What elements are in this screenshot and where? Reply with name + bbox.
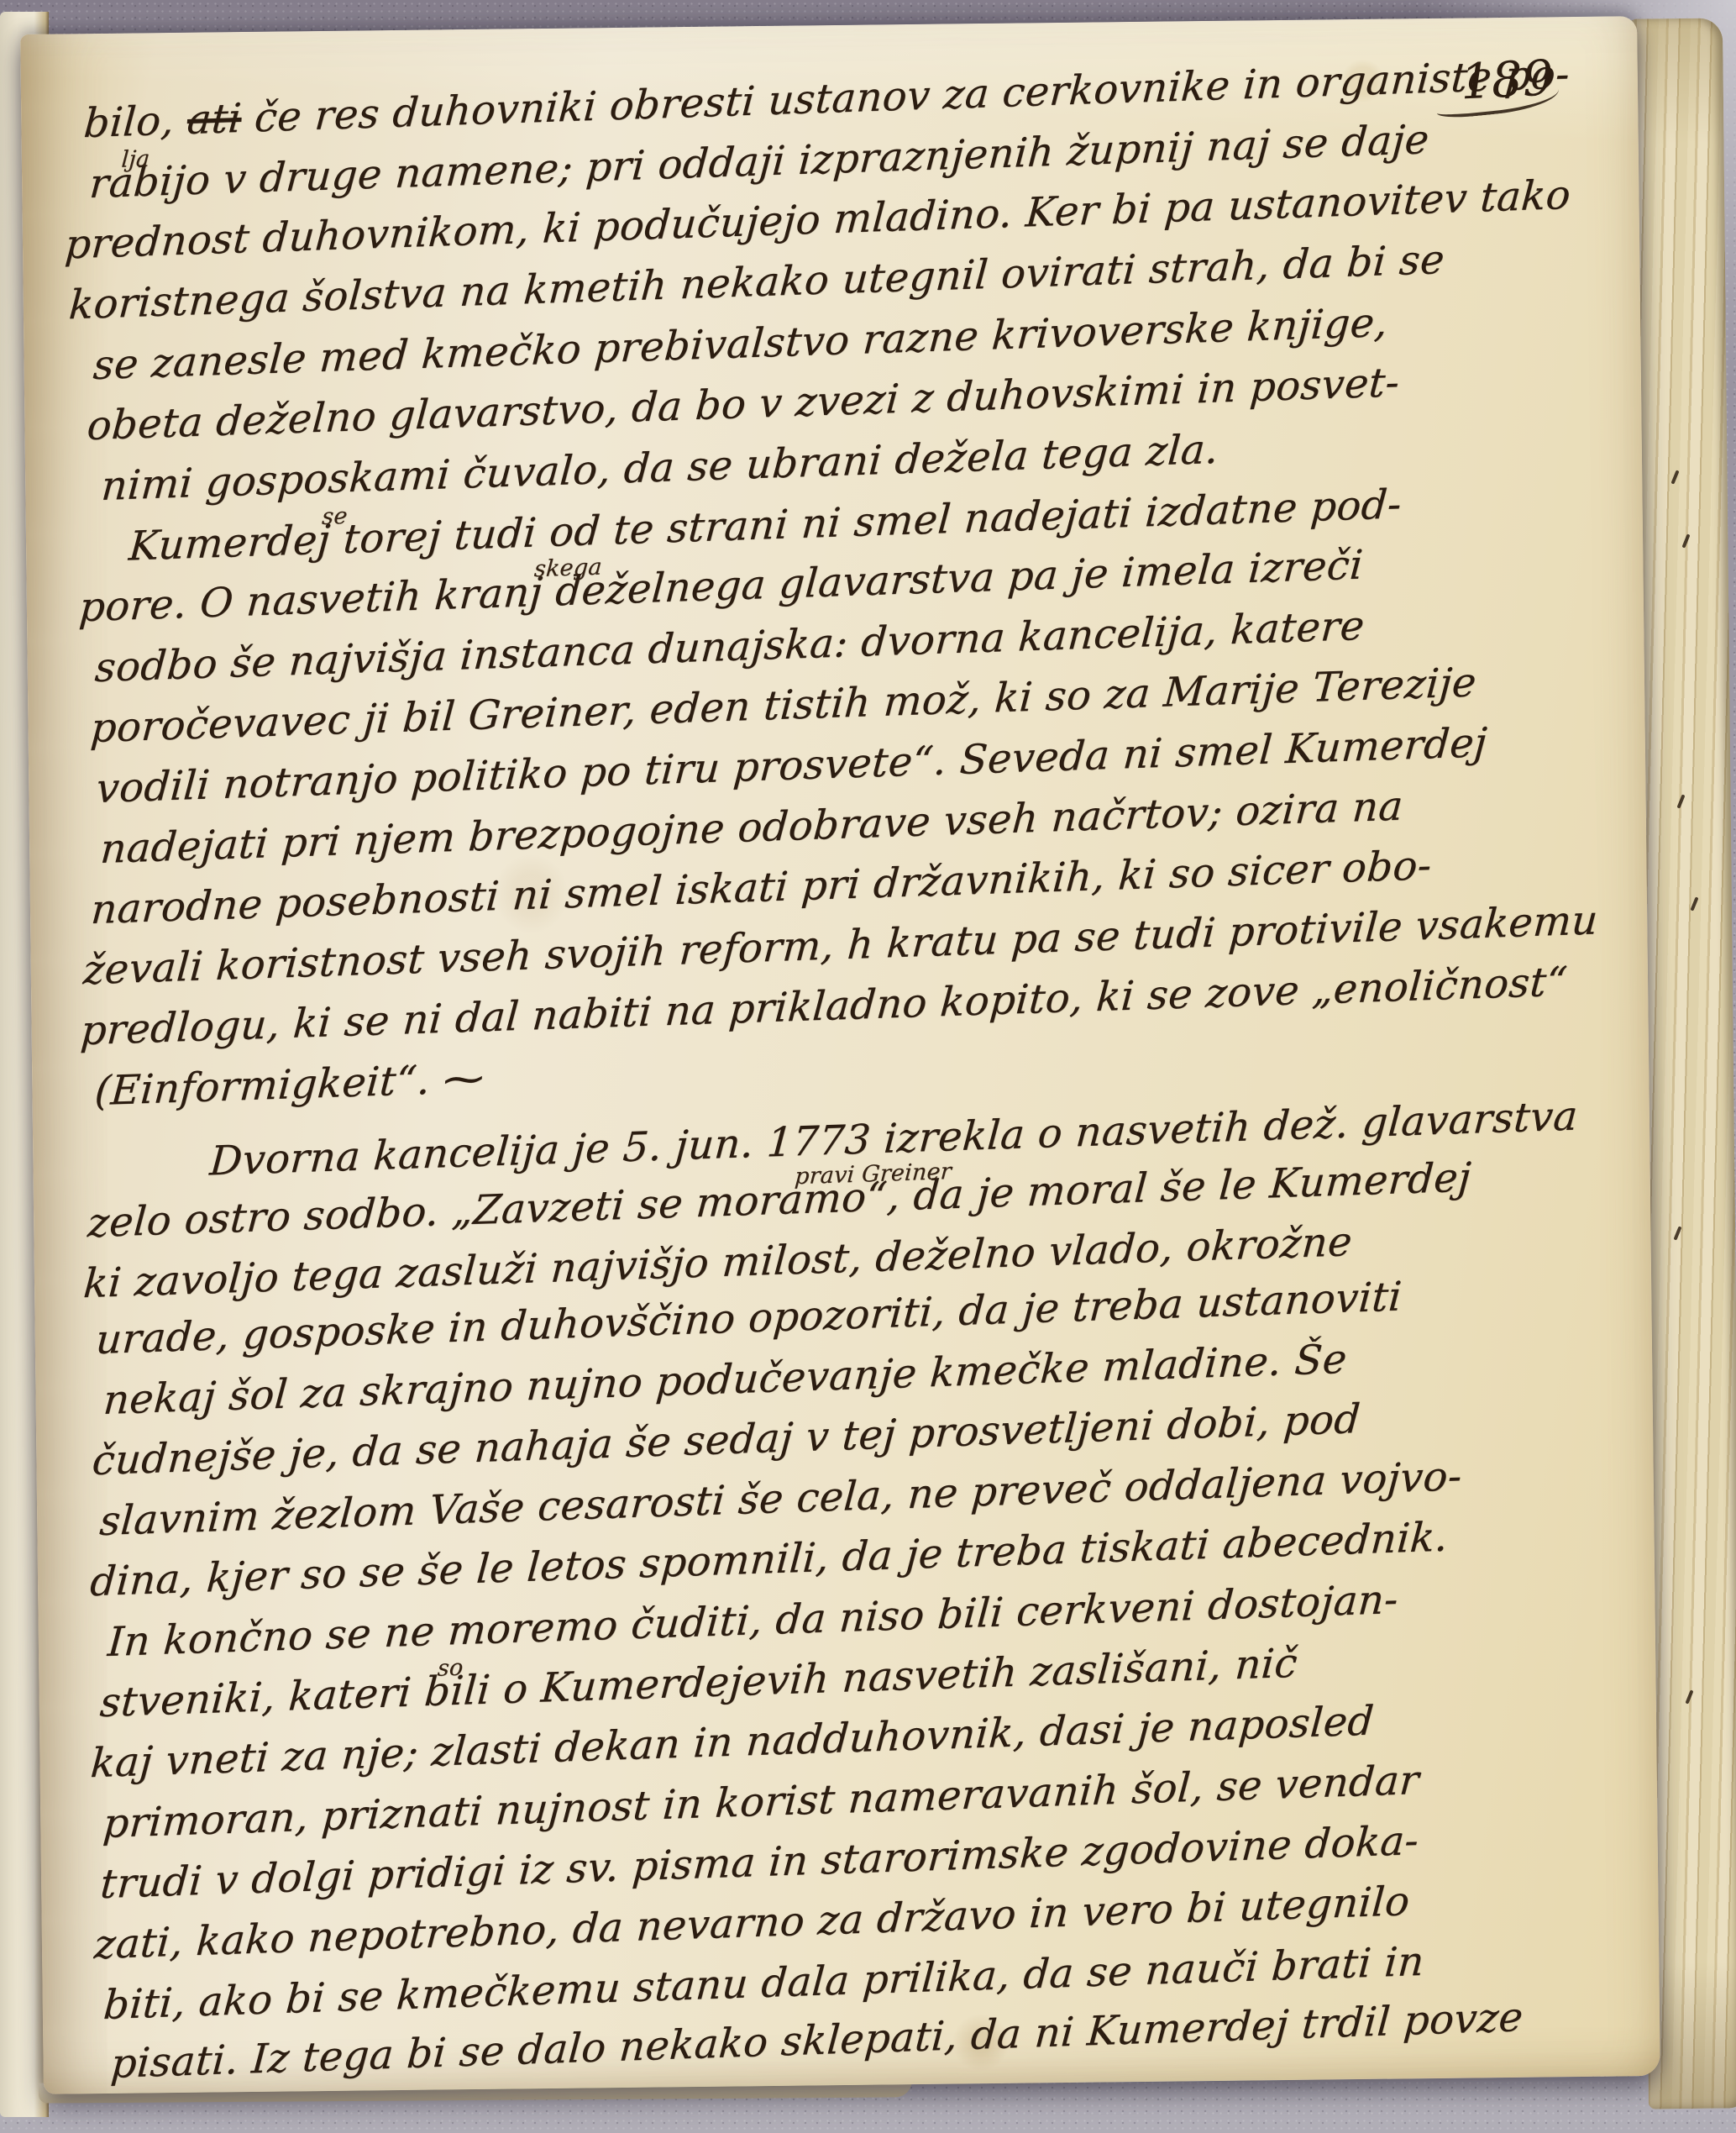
interlinear-insertion: pravi Greiner <box>793 1148 953 1201</box>
struck-out-word: ati <box>186 95 243 144</box>
manuscript-page: 189 bilo, ati če res duhovniki obresti u… <box>20 16 1660 2094</box>
interlinear-insertion: so <box>436 1644 465 1694</box>
interlinear-insertion: skega <box>532 543 604 594</box>
interlinear-insertion: lja <box>119 135 151 185</box>
photographed-manuscript-screenshot: { "document": { "kind": "handwritten man… <box>0 0 1736 2133</box>
handwritten-text-block: bilo, ati če res duhovniki obresti ustan… <box>20 16 1660 2094</box>
manuscript-line-17: (Einformigkeit“. ⁓ <box>93 1054 486 1116</box>
interlinear-insertion: se <box>320 492 349 542</box>
